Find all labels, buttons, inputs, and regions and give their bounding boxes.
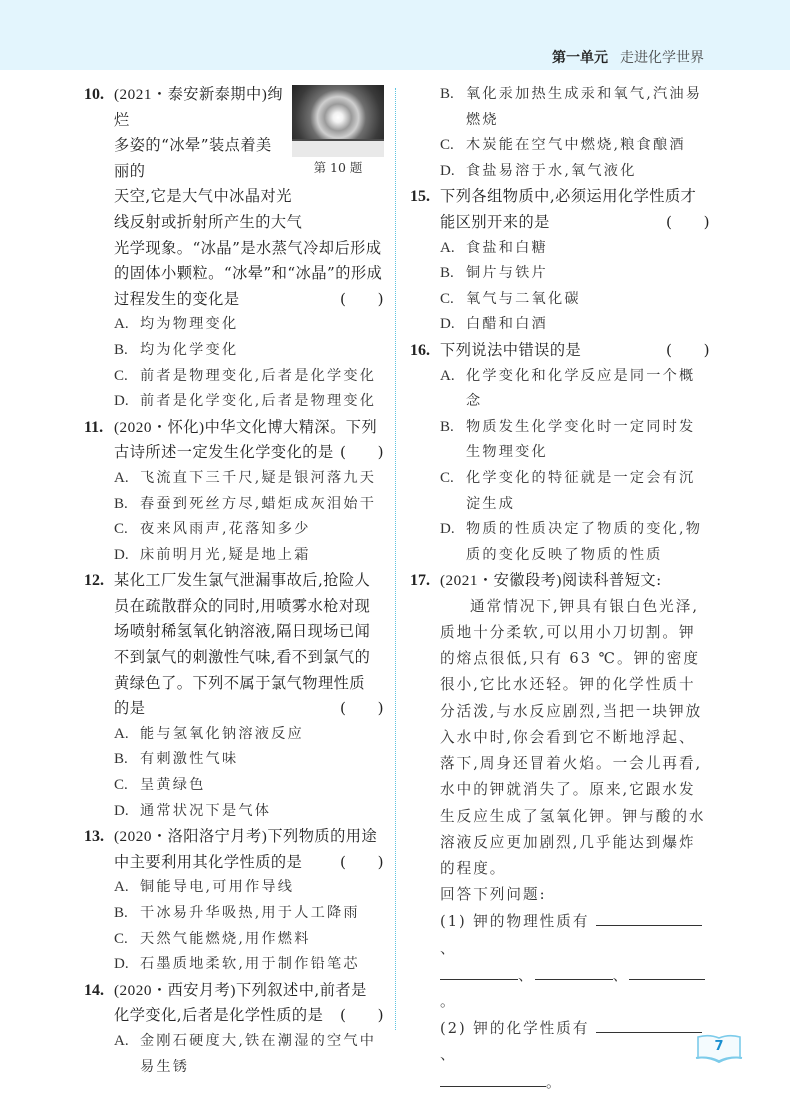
- option-b[interactable]: B.有刺激性气味: [114, 747, 384, 773]
- option-a[interactable]: A.金刚石硬度大,铁在潮湿的空气中易生锈: [114, 1029, 384, 1080]
- option-a[interactable]: A.铜能导电,可用作导线: [114, 875, 384, 901]
- figure-caption: 第 10 题: [292, 157, 384, 179]
- option-c[interactable]: C.前者是物理变化,后者是化学变化: [114, 364, 384, 390]
- option-a[interactable]: A.食盐和白糖: [440, 236, 710, 262]
- option-b[interactable]: B.物质发生化学变化时一定同时发生物理变化: [440, 415, 710, 466]
- option-b[interactable]: B.氧化汞加热生成汞和氧气,汽油易燃烧: [440, 82, 710, 133]
- question-number: 11.: [84, 415, 103, 441]
- question-number: 14.: [84, 978, 104, 1004]
- answer-blank-1d[interactable]: [629, 962, 705, 980]
- answer-blank[interactable]: (): [666, 210, 710, 236]
- answer-blank-2a[interactable]: [596, 1015, 702, 1033]
- option-b[interactable]: B.铜片与铁片: [440, 261, 710, 287]
- question-number: 13.: [84, 824, 104, 850]
- option-c[interactable]: C.夜来风雨声,花落知多少: [114, 517, 384, 543]
- sub-question-2: (2) 钾的化学性质有 、 。: [440, 1015, 710, 1096]
- question-stem: (2021・安徽段考)阅读科普短文:: [440, 568, 710, 594]
- unit-label: 第一单元: [552, 50, 608, 66]
- question-stem: (2020・洛阳洛宁月考)下列物质的用途 中主要利用其化学性质的是 (): [114, 824, 384, 875]
- option-d[interactable]: D.物质的性质决定了物质的变化,物质的变化反映了物质的性质: [440, 517, 710, 568]
- running-header: 第一单元走进化学世界: [552, 47, 704, 67]
- option-d[interactable]: D.白醋和白酒: [440, 312, 710, 338]
- option-c[interactable]: C.呈黄绿色: [114, 773, 384, 799]
- option-a[interactable]: A.能与氢氧化钠溶液反应: [114, 722, 384, 748]
- right-column: B.氧化汞加热生成汞和氧气,汽油易燃烧 C.木炭能在空气中燃烧,粮食酿酒 D.食…: [410, 82, 710, 1096]
- question-10: 10. 第 10 题 (2021・泰安新泰期中)绚烂 多姿的“冰晕”装点着美丽的…: [84, 82, 384, 415]
- question-number: 15.: [410, 184, 430, 210]
- left-column: 10. 第 10 题 (2021・泰安新泰期中)绚烂 多姿的“冰晕”装点着美丽的…: [84, 82, 384, 1080]
- question-16: 16. 下列说法中错误的是 () A.化学变化和化学反应是同一个概念 B.物质发…: [410, 338, 710, 568]
- question-number: 17.: [410, 568, 430, 594]
- question-17: 17. (2021・安徽段考)阅读科普短文:: [410, 568, 710, 594]
- question-number: 12.: [84, 568, 104, 594]
- answer-blank-1b[interactable]: [440, 962, 518, 980]
- sub-question-1: (1) 钾的物理性质有 、 、、。: [440, 908, 710, 1015]
- column-divider: [395, 88, 396, 1030]
- question-number: 16.: [410, 338, 430, 364]
- question-11: 11. (2020・怀化)中华文化博大精深。下列 古诗所述一定发生化学变化的是 …: [84, 415, 384, 569]
- question-stem: 下列说法中错误的是 (): [440, 338, 710, 364]
- answer-blank[interactable]: (): [666, 338, 710, 364]
- option-b[interactable]: B.春蚕到死丝方尽,蜡炬成灰泪始干: [114, 492, 384, 518]
- question-stem: 下列各组物质中,必须运用化学性质才 能区别开来的是 (): [440, 184, 710, 235]
- page-number-badge: 7: [695, 1034, 743, 1064]
- answer-blank[interactable]: (): [340, 850, 384, 876]
- reading-passage: 通常情况下,钾具有银白色光泽,质地十分柔软,可以用小刀切割。钾的熔点很低,只有 …: [410, 594, 710, 1096]
- question-14-continued: B.氧化汞加热生成汞和氧气,汽油易燃烧 C.木炭能在空气中燃烧,粮食酿酒 D.食…: [410, 82, 710, 184]
- option-a[interactable]: A.飞流直下三千尺,疑是银河落九天: [114, 466, 384, 492]
- option-b[interactable]: B.干冰易升华吸热,用于人工降雨: [114, 901, 384, 927]
- option-a[interactable]: A.均为物理变化: [114, 312, 384, 338]
- question-13: 13. (2020・洛阳洛宁月考)下列物质的用途 中主要利用其化学性质的是 ()…: [84, 824, 384, 978]
- answer-blank[interactable]: (): [340, 696, 384, 722]
- answer-blank[interactable]: (): [340, 1003, 384, 1029]
- option-c[interactable]: C.化学变化的特征就是一定会有沉淀生成: [440, 466, 710, 517]
- answer-blank[interactable]: (): [340, 287, 384, 313]
- question-stem: (2020・怀化)中华文化博大精深。下列 古诗所述一定发生化学变化的是 (): [114, 415, 384, 466]
- question-15: 15. 下列各组物质中,必须运用化学性质才 能区别开来的是 () A.食盐和白糖…: [410, 184, 710, 338]
- chapter-title: 走进化学世界: [620, 50, 704, 66]
- option-a[interactable]: A.化学变化和化学反应是同一个概念: [440, 364, 710, 415]
- answer-blank-2b[interactable]: [440, 1069, 546, 1087]
- option-d[interactable]: D.前者是化学变化,后者是物理变化: [114, 389, 384, 415]
- option-d[interactable]: D.通常状况下是气体: [114, 799, 384, 825]
- figure-10: 第 10 题: [292, 85, 384, 179]
- answer-prompt: 回答下列问题:: [440, 882, 710, 908]
- option-d[interactable]: D.食盐易溶于水,氧气液化: [440, 159, 710, 185]
- answer-blank-1c[interactable]: [535, 962, 613, 980]
- option-c[interactable]: C.氧气与二氧化碳: [440, 287, 710, 313]
- ice-halo-photo: [292, 85, 384, 157]
- page-number: 7: [695, 1039, 743, 1054]
- question-14: 14. (2020・西安月考)下列叙述中,前者是 化学变化,后者是化学性质的是 …: [84, 978, 384, 1080]
- question-12: 12. 某化工厂发生氯气泄漏事故后,抢险人 员在疏散群众的同时,用喷雾水枪对现 …: [84, 568, 384, 824]
- option-c[interactable]: C.天然气能燃烧,用作燃料: [114, 927, 384, 953]
- option-d[interactable]: D.床前明月光,疑是地上霜: [114, 543, 384, 569]
- question-stem: (2020・西安月考)下列叙述中,前者是 化学变化,后者是化学性质的是 (): [114, 978, 384, 1029]
- option-d[interactable]: D.石墨质地柔软,用于制作铅笔芯: [114, 952, 384, 978]
- option-b[interactable]: B.均为化学变化: [114, 338, 384, 364]
- question-number: 10.: [84, 82, 104, 108]
- option-c[interactable]: C.木炭能在空气中燃烧,粮食酿酒: [440, 133, 710, 159]
- question-stem: 某化工厂发生氯气泄漏事故后,抢险人 员在疏散群众的同时,用喷雾水枪对现 场喷射稀…: [114, 568, 384, 722]
- answer-blank[interactable]: (): [340, 440, 384, 466]
- answer-blank-1a[interactable]: [596, 908, 702, 926]
